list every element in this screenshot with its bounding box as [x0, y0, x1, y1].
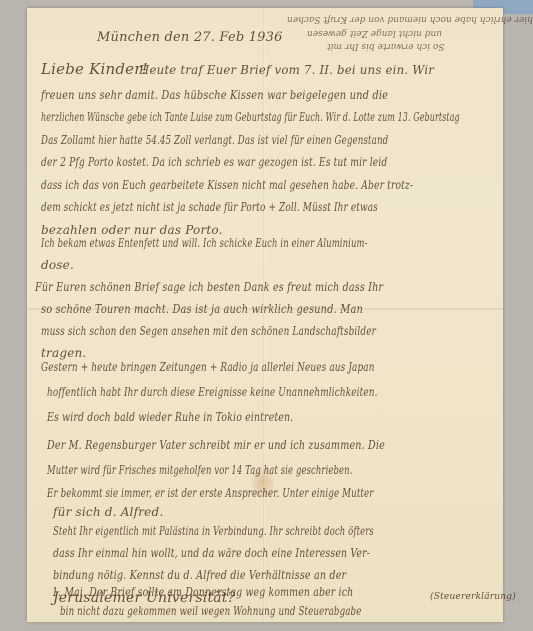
upside-down-postscript-line: und nicht lange Zeit gewesen: [307, 28, 442, 38]
letter-line: Ich bekam etwas Entenfett und will. Ich …: [41, 236, 368, 250]
letter-page: Es hier ehrlich habe noch niemand von de…: [27, 8, 503, 622]
letter-line: Gestern + heute bringen Zeitungen + Radi…: [41, 360, 375, 374]
letter-line: hoffentlich habt Ihr durch diese Ereigni…: [47, 385, 378, 399]
letter-annotation: (Steuererklärung): [430, 592, 516, 602]
letter-line: dose.: [41, 258, 74, 272]
letter-line: freuen uns sehr damit. Das hübsche Kisse…: [41, 88, 388, 102]
letter-line: der 2 Pfg Porto kostet. Da ich schrieb e…: [41, 155, 387, 169]
upside-down-postscript-line: So ich erwarte bis Ihr mit: [327, 41, 445, 51]
letter-line: 1. Mai. Der Brief sollte am Donnerstag w…: [52, 585, 353, 599]
letter-line: Mutter wird für Frisches mitgeholfen vor…: [47, 463, 353, 477]
letter-line: Heute traf Euer Brief vom 7. II. bei uns…: [139, 63, 434, 77]
letter-line: dass ich das von Euch gearbeitete Kissen…: [41, 178, 413, 192]
letter-line: bindung nötig. Kennst du d. Alfred die V…: [53, 568, 346, 582]
letter-line: dem schickt es jetzt nicht ist ja schade…: [41, 200, 378, 214]
letter-line: Er bekommt sie immer, er ist der erste A…: [47, 486, 374, 500]
letter-line: herzlichen Wünsche gebe ich Tante Luise …: [41, 110, 460, 124]
upside-down-postscript-line: Es hier ehrlich habe noch niemand von de…: [287, 14, 533, 24]
letter-line: so schöne Touren macht. Das ist ja auch …: [41, 302, 363, 316]
letter-line: muss sich schon den Segen ansehen mit de…: [41, 324, 376, 338]
letter-date: München den 27. Feb 1936: [97, 30, 283, 45]
letter-line: Für Euren schönen Brief sage ich besten …: [35, 280, 383, 294]
letter-salutation: Liebe Kinder!: [41, 60, 148, 78]
letter-line: bezahlen oder nur das Porto.: [41, 223, 223, 237]
letter-line: Das Zollamt hier hatte 54.45 Zoll verlan…: [41, 133, 388, 147]
letter-line: Es wird doch bald wieder Ruhe in Tokio e…: [47, 410, 293, 424]
letter-line: Steht Ihr eigentlich mit Palästina in Ve…: [53, 524, 374, 538]
letter-line: dass Ihr einmal hin wollt, und da wäre d…: [53, 546, 370, 560]
letter-line: für sich d. Alfred.: [53, 505, 163, 519]
letter-line: bin nicht dazu gekommen weil wegen Wohnu…: [60, 604, 361, 618]
letter-line: tragen.: [41, 346, 86, 360]
letter-line: Der M. Regensburger Vater schreibt mir e…: [47, 438, 385, 452]
